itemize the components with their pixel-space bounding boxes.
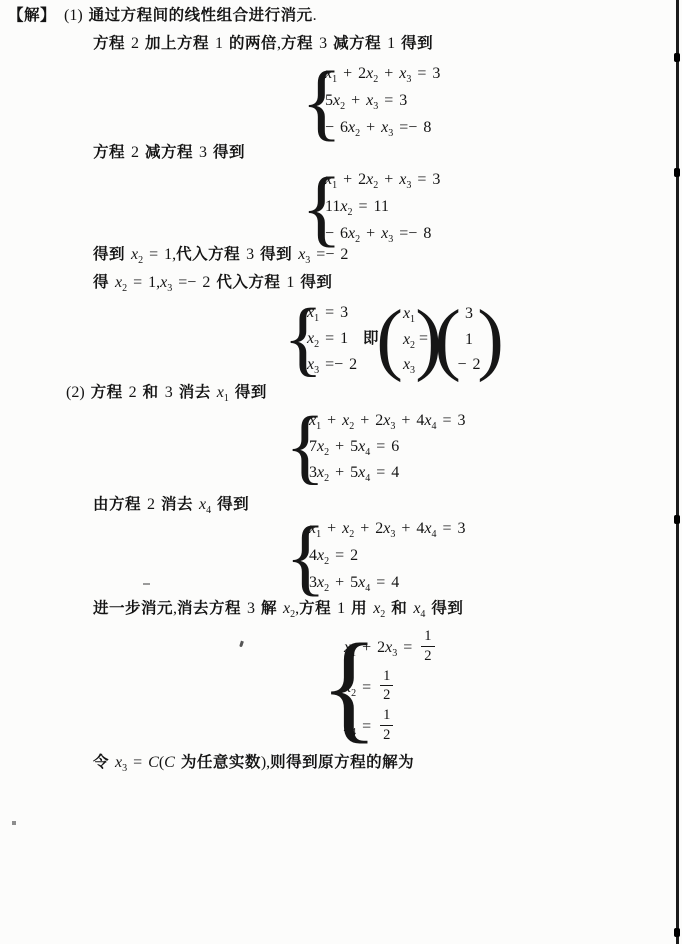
step6-text: 进一步消元,消去方程 3 解 x2,方程 1 用 x2 和 x4 得到 [93, 599, 463, 619]
equation-rows: x1 + 2x2 + x3 = 311x2 = 11− 6x2 + x3 =− … [325, 167, 440, 247]
left-brace: { [301, 58, 342, 144]
equation-row: x1 + 2x2 + x3 = 3 [325, 167, 440, 193]
equation-row: 5x2 + x3 = 3 [325, 88, 440, 114]
equals-sign: = [419, 330, 428, 348]
equation-row: 11x2 = 11 [325, 194, 440, 220]
scan-speck [143, 583, 150, 585]
open-paren: ( [383, 299, 396, 379]
solution-vector-equation: { x1 = 3x2 = 1x3 =− 2 即 ( x1x2x3 ) = ( 3… [295, 300, 495, 378]
value-vector: ( 31− 2 ) [441, 300, 497, 378]
scan-speck [12, 821, 16, 825]
equation-rows: x1 + x2 + 2x3 + 4x4 = 34x2 = 23x2 + 5x4 … [309, 516, 466, 596]
equation-system-4: { x1 + x2 + 2x3 + 4x4 = 37x2 + 5x4 = 63x… [297, 408, 466, 486]
equation-system-1: { x1 + 2x2 + x3 = 35x2 + x3 = 3− 6x2 + x… [313, 61, 440, 141]
step7-text: 令 x3 = C(C 为任意实数),则得到原方程的解为 [93, 753, 414, 773]
document-page: 【解】 (1) 通过方程间的线性组合进行消元. 方程 2 加上方程 1 的两倍,… [0, 0, 682, 944]
open-paren: ( [441, 299, 454, 379]
equation-row: 4x2 = 2 [309, 543, 466, 569]
equation-row: x1 + x2 + 2x3 + 4x4 = 3 [309, 516, 466, 542]
step1-text: 方程 2 加上方程 1 的两倍,方程 3 减方程 1 得到 [93, 34, 433, 54]
equation-system-6: { x1 + 2x3 = 12x2 = 12x4 = 12 [332, 628, 435, 746]
scan-speck [239, 641, 244, 648]
close-paren: ) [484, 299, 497, 379]
part2-intro: (2) 方程 2 和 3 消去 x1 得到 [66, 383, 267, 403]
left-brace: { [285, 405, 325, 489]
solution-label: 【解】 [8, 6, 56, 26]
step5-text: 由方程 2 消去 x4 得到 [93, 495, 249, 515]
equation-row: 7x2 + 5x4 = 6 [309, 434, 466, 460]
page-scan-edge [676, 0, 679, 944]
step4-text: 得 x2 = 1,x3 =− 2 代入方程 1 得到 [93, 273, 332, 293]
part1-intro: (1) 通过方程间的线性组合进行消元. [64, 6, 317, 26]
scan-edge-blob [674, 928, 680, 937]
equation-system-3: { x1 = 3x2 = 1x3 =− 2 [295, 300, 357, 378]
step3-text: 得到 x2 = 1,代入方程 3 得到 x3 =− 2 [93, 245, 348, 265]
equation-row: − 6x2 + x3 =− 8 [325, 115, 440, 141]
scan-edge-blob [674, 168, 680, 177]
left-brace: { [320, 626, 379, 748]
left-brace: { [285, 513, 326, 599]
scan-edge-blob [674, 53, 680, 62]
left-brace: { [301, 164, 342, 250]
equation-system-2: { x1 + 2x2 + x3 = 311x2 = 11− 6x2 + x3 =… [313, 167, 440, 247]
equation-row: x1 + 2x2 + x3 = 3 [325, 61, 440, 87]
equation-system-5: { x1 + x2 + 2x3 + 4x4 = 34x2 = 23x2 + 5x… [297, 516, 466, 596]
equation-row: 3x2 + 5x4 = 4 [309, 460, 466, 486]
left-brace: { [283, 297, 323, 381]
step2-text: 方程 2 减方程 3 得到 [93, 143, 245, 163]
scan-edge-blob [674, 515, 680, 524]
equation-rows: x1 + 2x2 + x3 = 35x2 + x3 = 3− 6x2 + x3 … [325, 61, 440, 141]
equation-rows: x1 + x2 + 2x3 + 4x4 = 37x2 + 5x4 = 63x2 … [309, 408, 466, 486]
equation-row: x1 + x2 + 2x3 + 4x4 = 3 [309, 408, 466, 434]
equation-row: 3x2 + 5x4 = 4 [309, 570, 466, 596]
equation-row: − 6x2 + x3 =− 8 [325, 221, 440, 247]
